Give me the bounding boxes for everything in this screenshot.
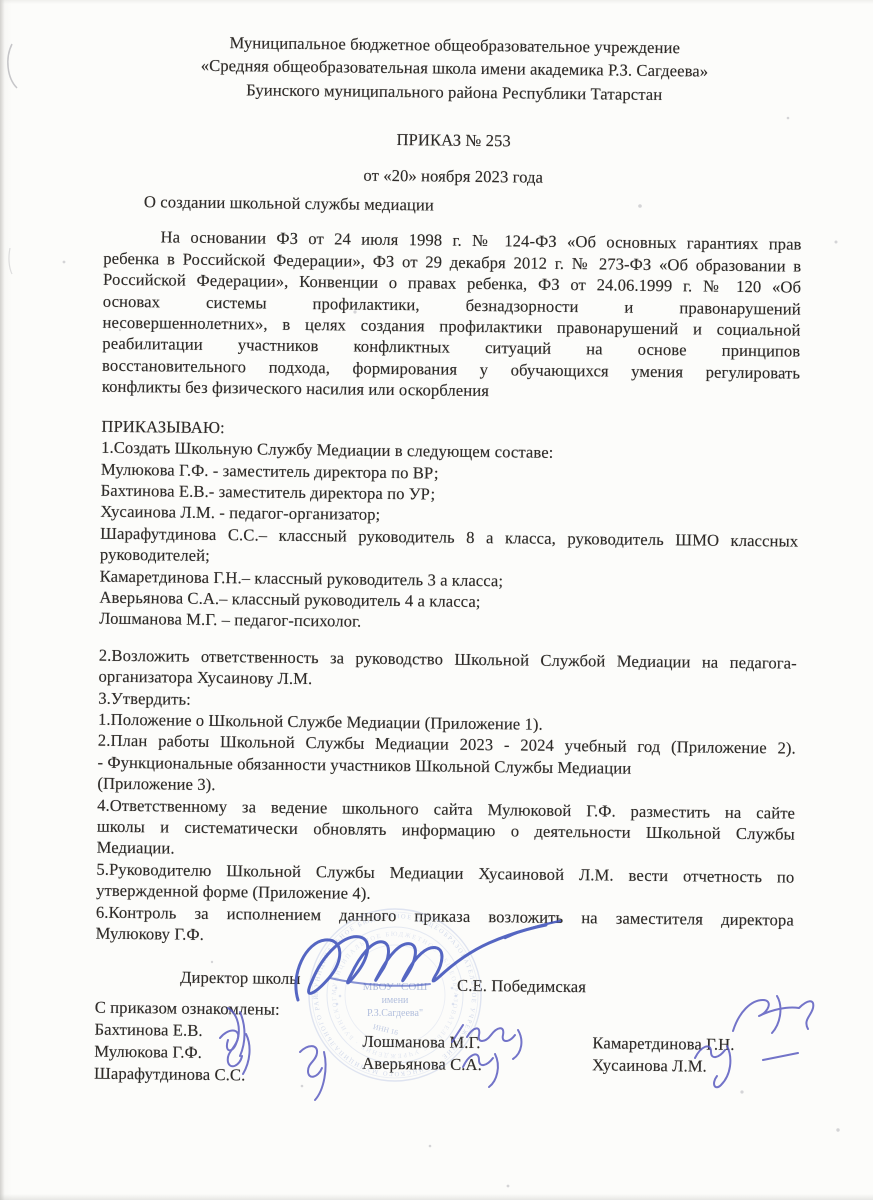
order-title: ПРИКАЗ № 253 bbox=[105, 126, 803, 155]
ack-name: Бахтинова Е.В. bbox=[94, 1019, 246, 1043]
ack-column-1: Бахтинова Е.В. Мулюкова Г.Ф. Шарафутдино… bbox=[94, 1019, 246, 1088]
ack-column-3: Камаретдинова Г.Н. Хусаинова Л.М. bbox=[592, 1032, 735, 1078]
acknowledgement-signatures: Бахтинова Е.В. Мулюкова Г.Ф. Шарафутдино… bbox=[93, 1019, 792, 1147]
scanned-document: { "header": { "line1": "Муниципальное бю… bbox=[0, 0, 873, 1200]
decree-section: ПРИКАЗЫВАЮ: 1.Создать Школьную Службу Ме… bbox=[96, 415, 800, 952]
ack-name: Хусаинова Л.М. bbox=[592, 1054, 734, 1078]
order-date: от «20» ноября 2023 года bbox=[104, 161, 802, 190]
ack-name: Лошманова М.Г. bbox=[362, 1031, 482, 1055]
preamble: На основании ФЗ от 24 июля 1998 г. № 124… bbox=[102, 226, 802, 405]
director-name: С.Е. Победимская bbox=[457, 975, 586, 998]
scan-edge-left bbox=[0, 0, 12, 1200]
ack-name: Камаретдинова Г.Н. bbox=[592, 1032, 734, 1056]
order-subject: О создании школьной службы медиации bbox=[104, 191, 802, 220]
scan-edge-top bbox=[0, 0, 873, 4]
ack-name: Шарафутдинова С.С. bbox=[94, 1063, 246, 1087]
director-signature-row: Директор школы С.Е. Победимская bbox=[95, 966, 793, 996]
director-label: Директор школы bbox=[180, 967, 301, 990]
scan-edge-bottom bbox=[0, 1194, 873, 1200]
ack-name: Мулюкова Г.Ф. bbox=[94, 1041, 246, 1065]
ack-name: Аверьянова С.А. bbox=[362, 1053, 482, 1077]
ack-column-2: Лошманова М.Г. Аверьянова С.А. bbox=[362, 1031, 482, 1077]
org-header: Муниципальное бюджетное общеобразователь… bbox=[105, 30, 804, 108]
document-body: Муниципальное бюджетное общеобразователь… bbox=[93, 30, 804, 1147]
